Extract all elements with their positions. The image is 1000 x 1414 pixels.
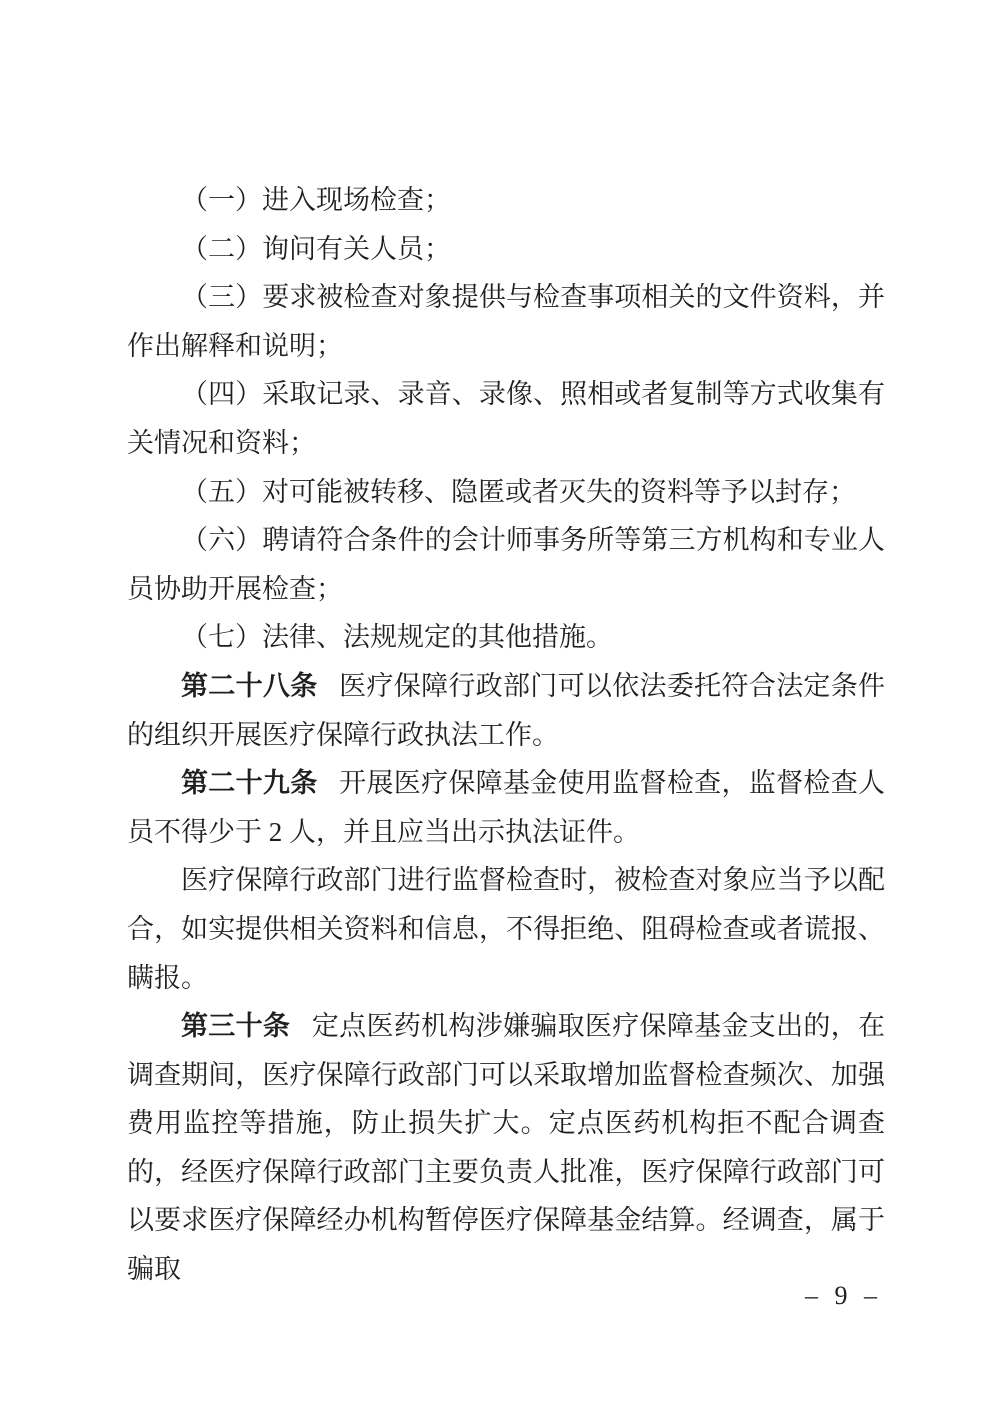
- paragraph-text: （七）法律、法规规定的其他措施。: [181, 622, 613, 652]
- document-body: （一）进入现场检查；（二）询问有关人员；（三）要求被检查对象提供与检查事项相关的…: [127, 176, 885, 1294]
- paragraph-text: 医疗保障行政部门进行监督检查时，被检查对象应当予以配合，如实提供相关资料和信息，…: [127, 865, 885, 992]
- article-number: 第二十九条: [181, 768, 318, 798]
- document-page: （一）进入现场检查；（二）询问有关人员；（三）要求被检查对象提供与检查事项相关的…: [0, 0, 1000, 1414]
- paragraph: （六）聘请符合条件的会计师事务所等第三方机构和专业人员协助开展检查；: [127, 516, 885, 613]
- page-number: – 9 –: [805, 1281, 882, 1311]
- paragraph-text: （五）对可能被转移、隐匿或者灭失的资料等予以封存；: [181, 477, 856, 507]
- paragraph: 医疗保障行政部门进行监督检查时，被检查对象应当予以配合，如实提供相关资料和信息，…: [127, 856, 885, 1002]
- paragraph-text: 定点医药机构涉嫌骗取医疗保障基金支出的，在调查期间，医疗保障行政部门可以采取增加…: [127, 1011, 885, 1284]
- article-number: 第三十条: [181, 1011, 290, 1041]
- paragraph-text: （三）要求被检查对象提供与检查事项相关的文件资料，并作出解释和说明；: [127, 282, 885, 361]
- paragraph: 第三十条定点医药机构涉嫌骗取医疗保障基金支出的，在调查期间，医疗保障行政部门可以…: [127, 1002, 885, 1294]
- paragraph-text: （四）采取记录、录音、录像、照相或者复制等方式收集有关情况和资料；: [127, 379, 885, 458]
- paragraph-text: （六）聘请符合条件的会计师事务所等第三方机构和专业人员协助开展检查；: [127, 525, 885, 604]
- paragraph: （二）询问有关人员；: [127, 225, 885, 274]
- paragraph-text: （一）进入现场检查；: [181, 185, 451, 215]
- paragraph: 第二十九条开展医疗保障基金使用监督检查，监督检查人员不得少于 2 人，并且应当出…: [127, 759, 885, 856]
- paragraph: 第二十八条医疗保障行政部门可以依法委托符合法定条件的组织开展医疗保障行政执法工作…: [127, 662, 885, 759]
- paragraph: （四）采取记录、录音、录像、照相或者复制等方式收集有关情况和资料；: [127, 370, 885, 467]
- article-number: 第二十八条: [181, 671, 318, 701]
- paragraph: （七）法律、法规规定的其他措施。: [127, 613, 885, 662]
- paragraph-text: （二）询问有关人员；: [181, 234, 451, 264]
- paragraph: （一）进入现场检查；: [127, 176, 885, 225]
- paragraph: （五）对可能被转移、隐匿或者灭失的资料等予以封存；: [127, 468, 885, 517]
- paragraph: （三）要求被检查对象提供与检查事项相关的文件资料，并作出解释和说明；: [127, 273, 885, 370]
